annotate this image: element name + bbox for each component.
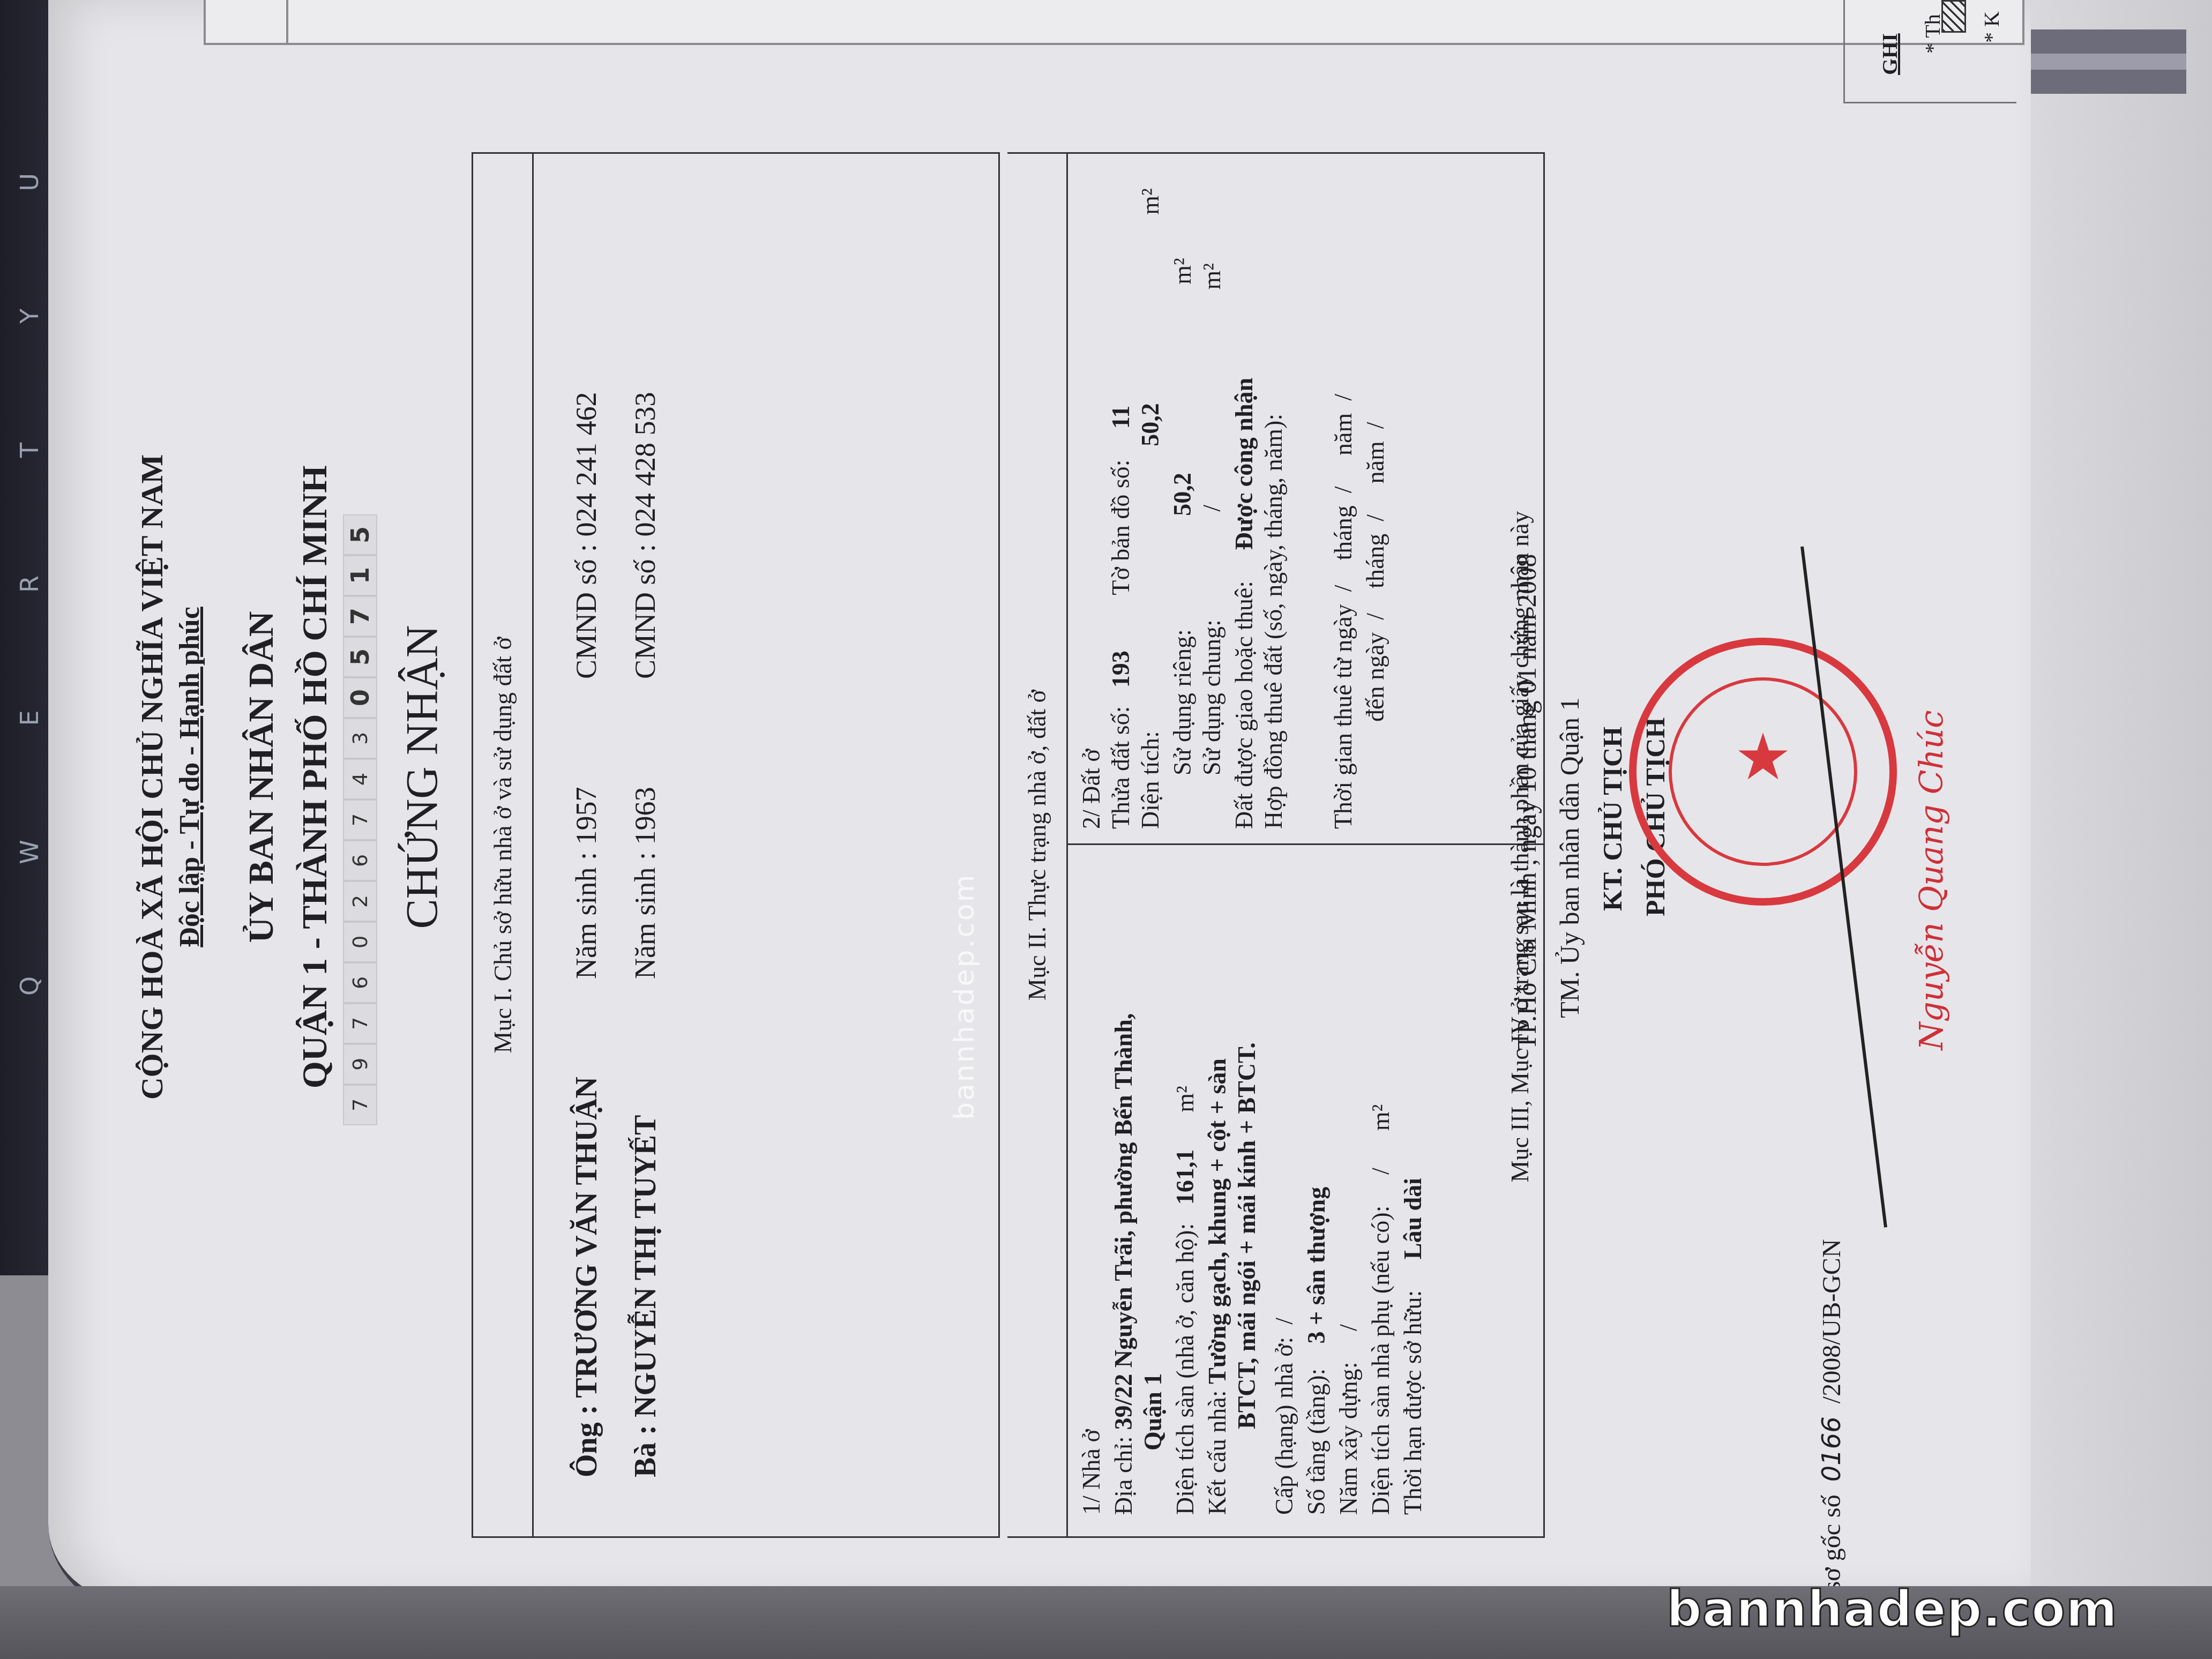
star-emblem-icon: ★ [1636, 726, 1889, 790]
section-owners: Mục I. Chủ sở hữu nhà ở và sử dụng đất ở… [472, 152, 1000, 1538]
serial-digit: 7 [343, 799, 377, 840]
owner-name: Ông : TRƯƠNG VĂN THUẬN [570, 1077, 604, 1477]
district-header: QUẬN 1 - THÀNH PHỐ HỒ CHÍ MINH [295, 0, 335, 1554]
country-header: CỘNG HOÀ XÃ HỘI CHỦ NGHĨA VIỆT NAM [134, 0, 170, 1554]
land-lease-contract: Hợp đồng thuê đất (số, ngày, tháng, năm)… [1259, 414, 1288, 829]
record-number: Hồ sơ gốc số 0166 /2008/UB-GCN [1817, 1239, 1847, 1629]
serial-digit: 7 [343, 1085, 377, 1125]
serial-digit: 6 [343, 840, 377, 881]
column-divider [1066, 843, 1543, 845]
serial-digit: 0 [343, 922, 377, 962]
serial-digit: 1 [343, 555, 377, 596]
land-lease-to: đến ngày / tháng / năm / [1361, 422, 1389, 722]
serial-digit: 7 [343, 596, 377, 637]
serial-number: 797602674305715 [343, 514, 377, 1125]
section-heading: Mục I. Chủ sở hữu nhà ở và sử dụng đất ở [473, 154, 534, 1536]
house-aux-area: Diện tích sàn nhà phụ (nếu có): / m² [1366, 1104, 1395, 1515]
note-item: * K [1979, 11, 2004, 43]
land-lease-from: Thời gian thuê từ ngày / tháng / năm / [1329, 394, 1357, 829]
serial-digit: 4 [343, 759, 377, 799]
house-address: Địa chỉ: 39/22 Nguyễn Trãi, phường Bến T… [1109, 1013, 1138, 1515]
owner-birth-year: Năm sinh : 1963 [629, 787, 662, 980]
serial-digit: 5 [343, 637, 377, 677]
land-allocation: Đất được giao hoặc thuê: Được công nhận [1230, 378, 1258, 829]
owner-id-number: CMND số : 024 241 462 [570, 392, 603, 679]
section-heading: Mục II. Thực trạng nhà ở, đất ở [1007, 154, 1068, 1536]
signer-kt: KT. CHỦ TỊCH [1597, 727, 1628, 911]
house-ownership-term: Thời hạn được sở hữu: Lâu dài [1399, 1178, 1427, 1515]
inline-watermark: bannhadep.com [948, 873, 981, 1120]
serial-digit: 9 [343, 1044, 377, 1085]
signer-name: Nguyễn Quang Chúc [1913, 710, 1951, 1050]
house-floors: Số tầng (tầng): 3 + sân thượng [1302, 1187, 1331, 1515]
house-address-line2: Quận 1 [1139, 1373, 1167, 1451]
owner-name: Bà : NGUYỄN THỊ TUYẾT [629, 1115, 663, 1477]
owner-birth-year: Năm sinh : 1957 [570, 787, 603, 980]
house-structure-line2: BTCT, mái ngói + mái kính + BTCT. [1232, 1042, 1261, 1429]
official-stamp: ★ [1629, 638, 1897, 906]
hatch-legend-icon [1941, 0, 1966, 33]
serial-digit: 3 [343, 718, 377, 759]
serial-digit: 5 [343, 514, 377, 555]
serial-digit: 6 [343, 962, 377, 1003]
place-date: TP.Hồ Chí Minh , ngày 10 tháng 01 năm 20… [1511, 554, 1542, 1050]
land-area: Diện tích: 50,2 m² [1136, 188, 1164, 829]
house-floor-area: Diện tích sàn (nhà ở, căn hộ): 161,1 m² [1171, 1086, 1199, 1515]
underlying-sheet-edge [2026, 54, 2186, 70]
land-label: 2/ Đất ở [1077, 749, 1105, 829]
authority-header: ỦY BAN NHÂN DÂN [241, 0, 282, 1554]
house-build-year: Năm xây dựng: / [1334, 1324, 1363, 1515]
back-page-note: GHI * Th * K [1843, 0, 2016, 103]
section-property: Mục II. Thực trạng nhà ở, đất ở 1/ Nhà ở… [1007, 152, 1545, 1538]
house-grade: Cấp (hạng) nhà ở: / [1270, 1318, 1298, 1515]
land-private-use: Sử dụng riêng: 50,2 m² [1168, 258, 1197, 775]
on-behalf-of: TM. Ủy ban nhân dân Quận 1 [1554, 698, 1585, 1019]
underlying-paper [2015, 0, 2212, 1659]
motto: Độc lập - Tự do - Hạnh phúc [174, 0, 206, 1554]
serial-digit: 0 [343, 677, 377, 718]
certificate-content: CỘNG HOÀ XÃ HỘI CHỦ NGHĨA VIỆT NAM Độc l… [107, 0, 1554, 1554]
land-parcel: Thửa đất số: 193 Tờ bản đồ số: 11 [1107, 406, 1135, 829]
serial-digit: 2 [343, 881, 377, 922]
note-label: GHI [1877, 33, 1902, 75]
house-structure: Kết cấu nhà: Tường gạch, khung + cột + s… [1203, 1058, 1231, 1515]
serial-digit: 7 [343, 1003, 377, 1044]
corner-watermark: bannhadep.com [1667, 1581, 2118, 1638]
certificate-title: CHỨNG NHẬN [397, 0, 449, 1554]
house-label: 1/ Nhà ở [1077, 1429, 1105, 1515]
owner-id-number: CMND số : 024 428 533 [629, 392, 662, 679]
land-shared-use: Sử dụng chung: / m² [1198, 263, 1226, 775]
